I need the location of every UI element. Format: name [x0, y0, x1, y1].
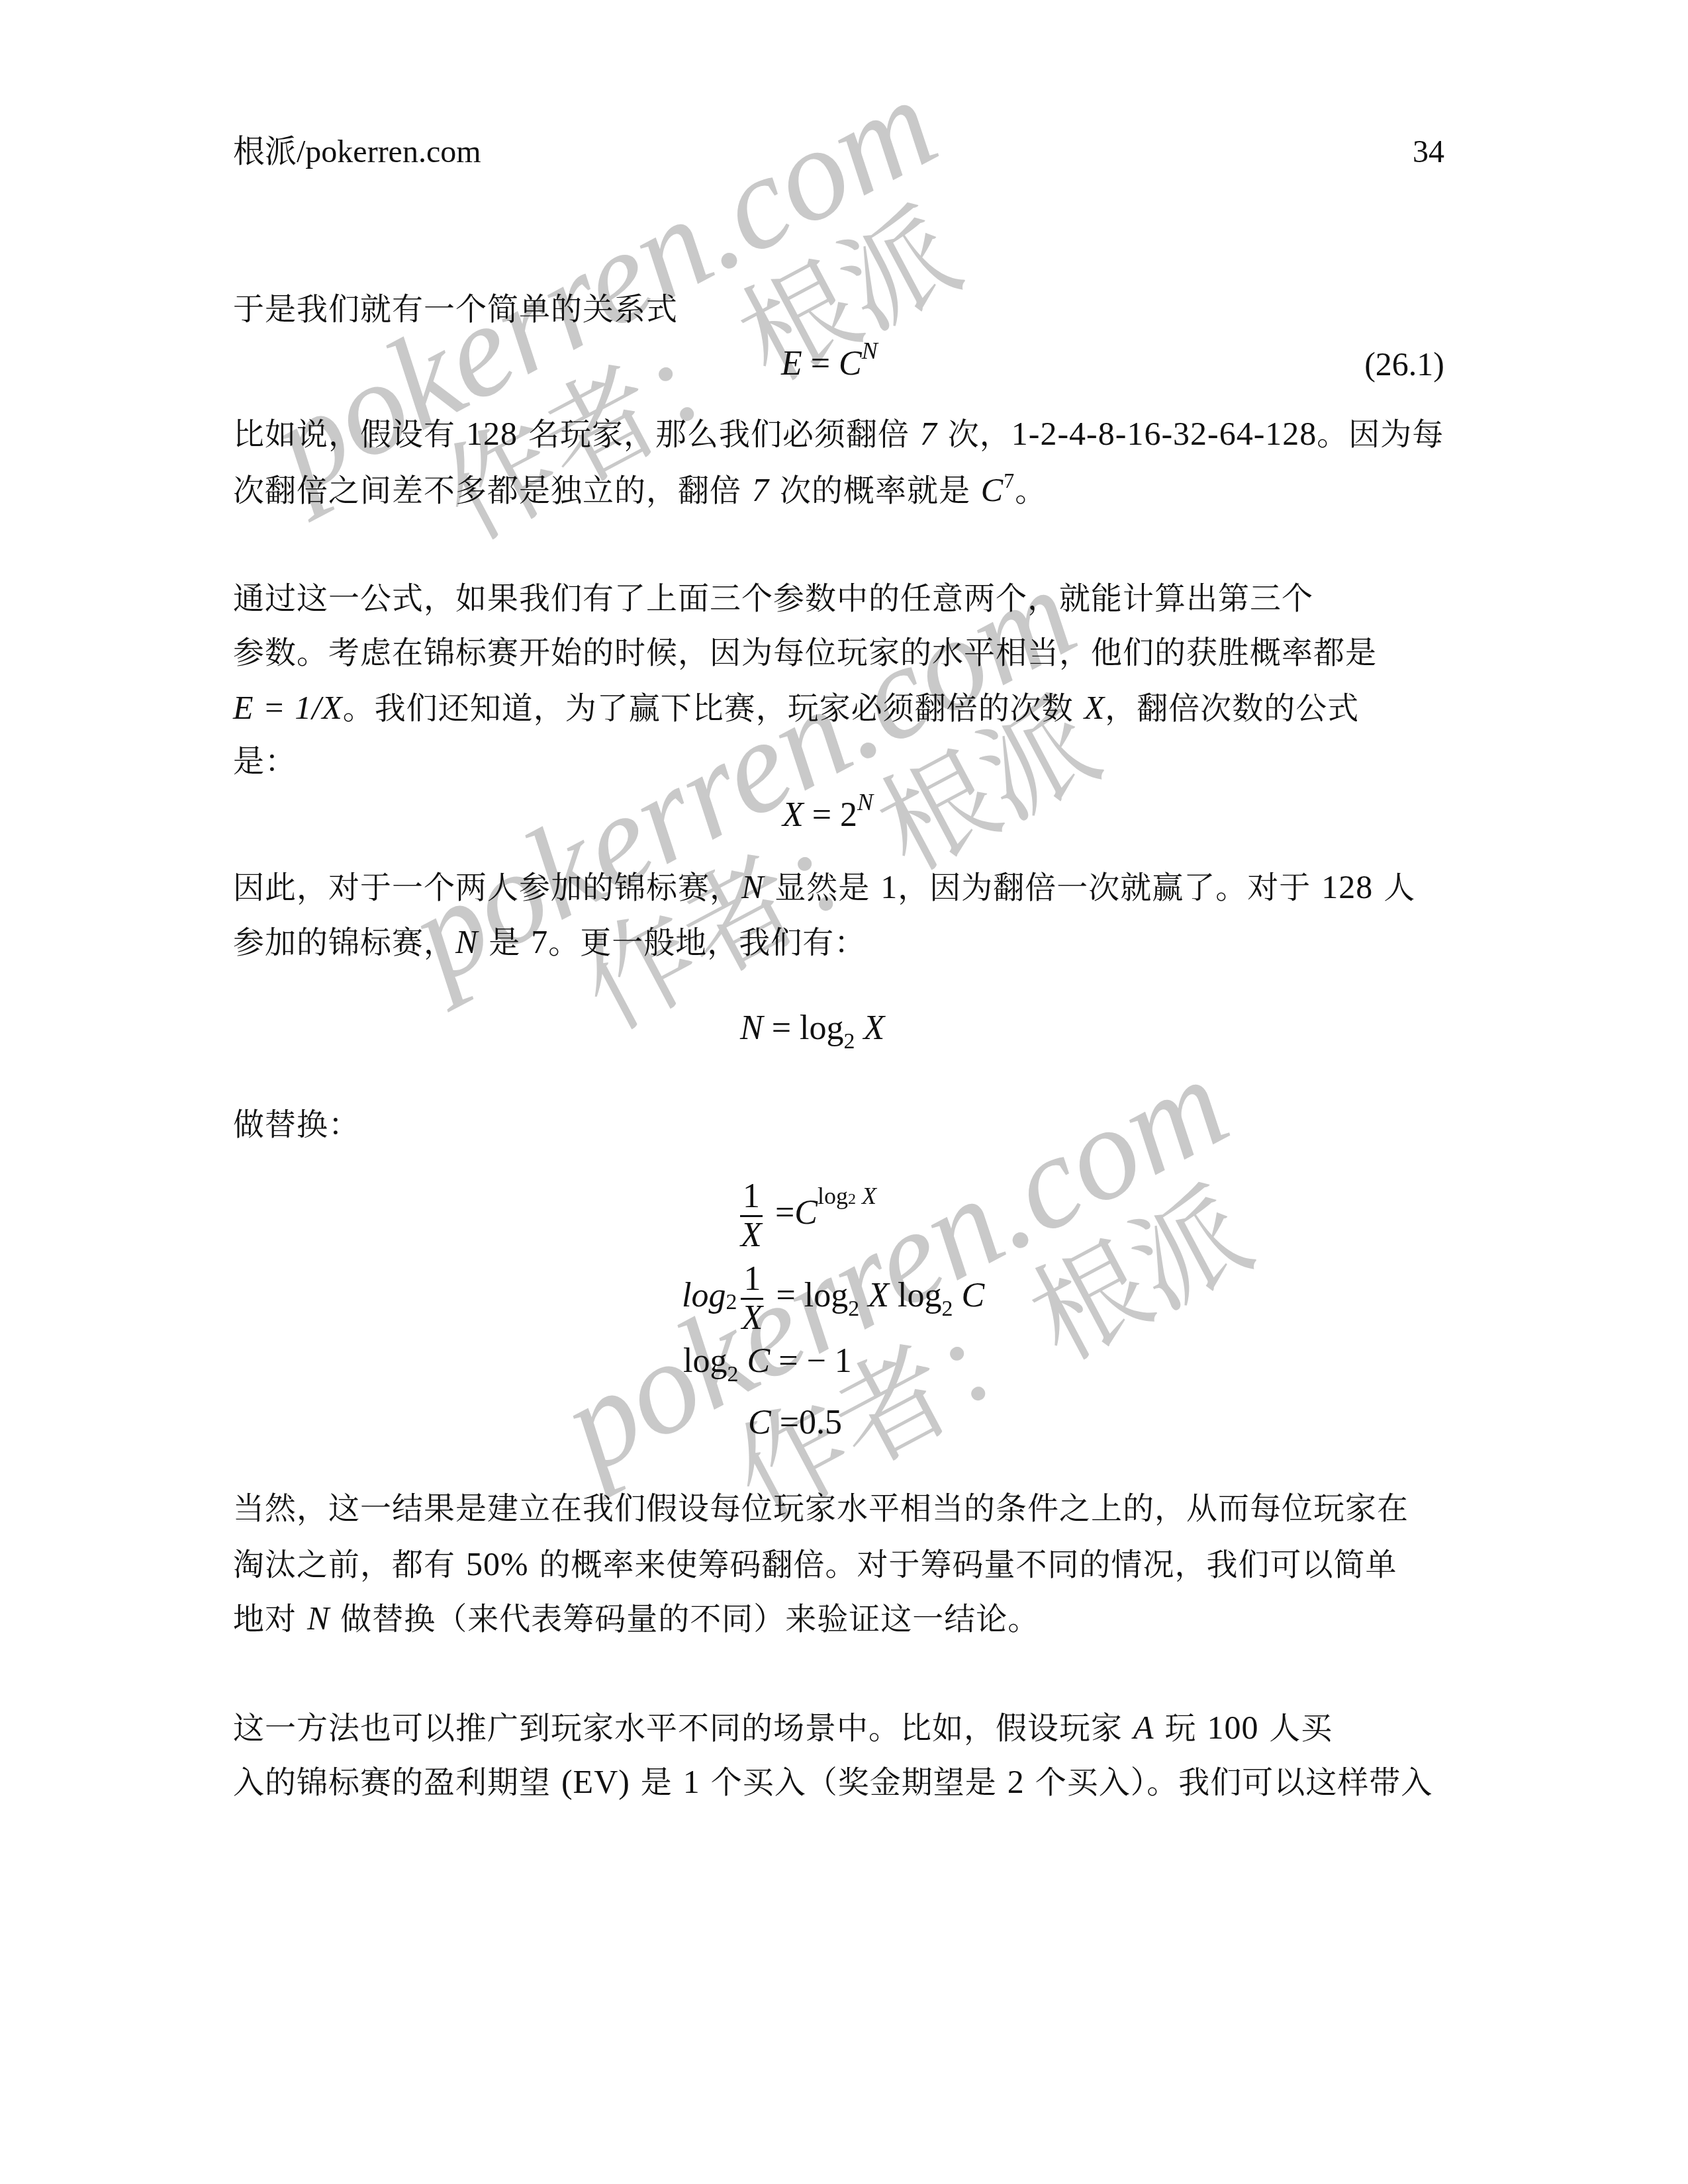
derivation-line-3: log2 C = − 1	[683, 1340, 852, 1383]
para2-line3: E = 1/X。我们还知道，为了赢下比赛，玩家必须翻倍的次数 X，翻倍次数的公式	[233, 688, 1444, 729]
text: 。更一般地，我们有：	[548, 925, 866, 961]
equation-26-1: E = CN	[781, 343, 878, 385]
number: 7	[920, 415, 937, 452]
number: 7	[531, 923, 548, 960]
math-var: N	[307, 1600, 330, 1637]
number: 7	[752, 471, 769, 508]
para2-line1: 通过这一公式，如果我们有了上面三个参数中的任意两个，就能计算出第三个	[233, 579, 1444, 619]
number: 1	[880, 868, 898, 905]
log-base: 2	[848, 1297, 859, 1321]
log-base: 2	[941, 1297, 953, 1321]
text: 淘汰之前，都有	[233, 1547, 466, 1583]
eq2-lhs: X	[782, 796, 804, 834]
eq2-exp: N	[857, 789, 873, 815]
fraction: 1X	[740, 1178, 763, 1254]
text: ，翻倍次数的公式	[1105, 690, 1359, 727]
text: 入的锦标赛的盈利期望	[233, 1764, 561, 1801]
exp-arg: X	[862, 1183, 876, 1209]
para3-line2: 参加的锦标赛，N 是 7。更一般地，我们有：	[233, 922, 1444, 963]
text: 。我们还知道，为了赢下比赛，玩家必须翻倍的次数	[343, 690, 1084, 727]
ev-abbrev: (EV)	[561, 1763, 630, 1800]
rhs-value: 0.5	[799, 1404, 842, 1441]
text: 。因为每	[1317, 416, 1444, 453]
text: ，因为翻倍一次就赢了。对于	[898, 870, 1321, 906]
arg: X	[868, 1277, 889, 1314]
eq2-base: 2	[840, 796, 857, 834]
eq1-lhs: E	[781, 345, 802, 383]
para4-line3: 地对 N 做替换（来代表筹码量的不同）来验证这一结论。	[233, 1598, 1444, 1639]
denominator: X	[741, 1300, 763, 1337]
doubling-sequence: 1-2-4-8-16-32-64-128	[1011, 415, 1317, 452]
lhs-var: C	[748, 1404, 771, 1441]
fraction: 1X	[741, 1261, 763, 1337]
denominator: X	[740, 1217, 763, 1254]
text: 次翻倍之间差不多都是独立的，翻倍	[233, 473, 752, 509]
document-page: pokerren.com 作者：根派 pokerren.com 作者：根派 po…	[0, 0, 1688, 2184]
para3-line1: 因此，对于一个两人参加的锦标赛，N 显然是 1，因为翻倍一次就赢了。对于 128…	[233, 867, 1444, 908]
equation-x-2n: X = 2N	[782, 794, 873, 837]
text: 这一方法也可以推广到玩家水平不同的场景中。比如，假设玩家	[233, 1710, 1133, 1747]
derivation-line-4: C =0.5	[748, 1402, 842, 1444]
number: 2	[1008, 1763, 1025, 1800]
number: 128	[466, 415, 518, 452]
page-number: 34	[1413, 132, 1444, 172]
math-var: C	[981, 471, 1004, 508]
rhs-value: − 1	[806, 1342, 851, 1380]
para2-line4: 是：	[233, 742, 1444, 782]
equals-sign: =	[767, 1194, 794, 1232]
log-base: 2	[848, 1191, 856, 1208]
equals-sign: =	[771, 1404, 799, 1441]
text: 是	[630, 1764, 683, 1801]
equals-sign: =	[804, 796, 840, 834]
text: 人买	[1258, 1710, 1333, 1747]
derivation-line-2: log21X = log2 X log2 C	[682, 1261, 984, 1337]
para5-line1: 这一方法也可以推广到玩家水平不同的场景中。比如，假设玩家 A 玩 100 人买	[233, 1707, 1444, 1749]
substitution-label: 做替换：	[233, 1105, 1444, 1145]
text: 显然是	[764, 870, 880, 906]
para1-line2: 次翻倍之间差不多都是独立的，翻倍 7 次的概率就是 C7。	[233, 470, 1444, 511]
equals-sign: =	[811, 345, 839, 383]
log-operator: log	[818, 1183, 848, 1209]
para1-line1: 比如说，假设有 128 名玩家，那么我们必须翻倍 7 次，1-2-4-8-16-…	[233, 414, 1444, 455]
arg: C	[747, 1342, 770, 1380]
eq1-base: C	[839, 345, 862, 383]
number: 100	[1207, 1709, 1258, 1746]
math-var: N	[455, 923, 478, 960]
text: 次的概率就是	[769, 473, 981, 509]
number: 128	[1321, 868, 1373, 905]
arg: C	[961, 1277, 984, 1314]
math-exp: 7	[1004, 469, 1015, 492]
log-base: 2	[727, 1362, 738, 1387]
text: 个买入（奖金期望是	[700, 1764, 1008, 1801]
log-base: 2	[726, 1290, 737, 1314]
numerator: 1	[741, 1261, 763, 1300]
text: 地对	[233, 1601, 307, 1637]
text: 次，	[937, 416, 1011, 453]
para4-line1: 当然，这一结果是建立在我们假设每位玩家水平相当的条件之上的，从而每位玩家在	[233, 1489, 1444, 1529]
text: 是	[478, 925, 531, 961]
text: 做替换（来代表筹码量的不同）来验证这一结论。	[330, 1601, 1039, 1637]
para5-line2: 入的锦标赛的盈利期望 (EV) 是 1 个买入（奖金期望是 2 个买入）。我们可…	[233, 1762, 1444, 1803]
equals-sign: =	[770, 1342, 806, 1380]
text: 参加的锦标赛，	[233, 925, 455, 961]
percentage: 50%	[466, 1545, 529, 1582]
text-layer: 根派/pokerren.com 34 于是我们就有一个简单的关系式 E = CN…	[0, 0, 1688, 2184]
math-inline: E = 1/X	[233, 689, 343, 726]
math-var: X	[1084, 689, 1105, 726]
log-operator: log	[898, 1277, 941, 1314]
number: 1	[683, 1763, 700, 1800]
para2-line2: 参数。考虑在锦标赛开始的时候，因为每位玩家的水平相当，他们的获胜概率都是	[233, 633, 1444, 673]
equation-number: (26.1)	[1364, 343, 1444, 385]
numerator: 1	[740, 1178, 763, 1217]
text: 人	[1373, 870, 1415, 906]
log-operator: log	[800, 1009, 843, 1047]
text: 比如说，假设有	[233, 416, 466, 453]
eq3-arg: X	[863, 1009, 884, 1047]
base: C	[794, 1194, 818, 1232]
equals-sign: =	[763, 1009, 800, 1047]
log-operator: log	[804, 1277, 848, 1314]
text: 的概率来使筹码翻倍。对于筹码量不同的情况，我们可以简单	[529, 1547, 1397, 1583]
eq3-lhs: N	[740, 1009, 763, 1047]
eq1-exp: N	[862, 338, 878, 364]
log-operator: log	[683, 1342, 727, 1380]
math-var: A	[1133, 1709, 1154, 1746]
log-base: 2	[843, 1029, 855, 1054]
text: 名玩家，那么我们必须翻倍	[518, 416, 920, 453]
text: 玩	[1154, 1710, 1207, 1747]
text: 因此，对于一个两人参加的锦标赛，	[233, 870, 741, 906]
intro-line: 于是我们就有一个简单的关系式	[233, 290, 1444, 330]
log-italic: log	[682, 1277, 726, 1314]
equals-sign: =	[767, 1277, 804, 1314]
math-var: N	[741, 868, 764, 905]
running-title: 根派/pokerren.com	[233, 132, 481, 172]
text: 。	[1015, 473, 1047, 509]
para4-line2: 淘汰之前，都有 50% 的概率来使筹码翻倍。对于筹码量不同的情况，我们可以简单	[233, 1544, 1444, 1585]
text: 个买入）。我们可以这样带入	[1025, 1764, 1432, 1801]
equation-n-log2x: N = log2 X	[740, 1007, 884, 1050]
derivation-line-1: 1X =Clog2 X	[736, 1178, 876, 1254]
